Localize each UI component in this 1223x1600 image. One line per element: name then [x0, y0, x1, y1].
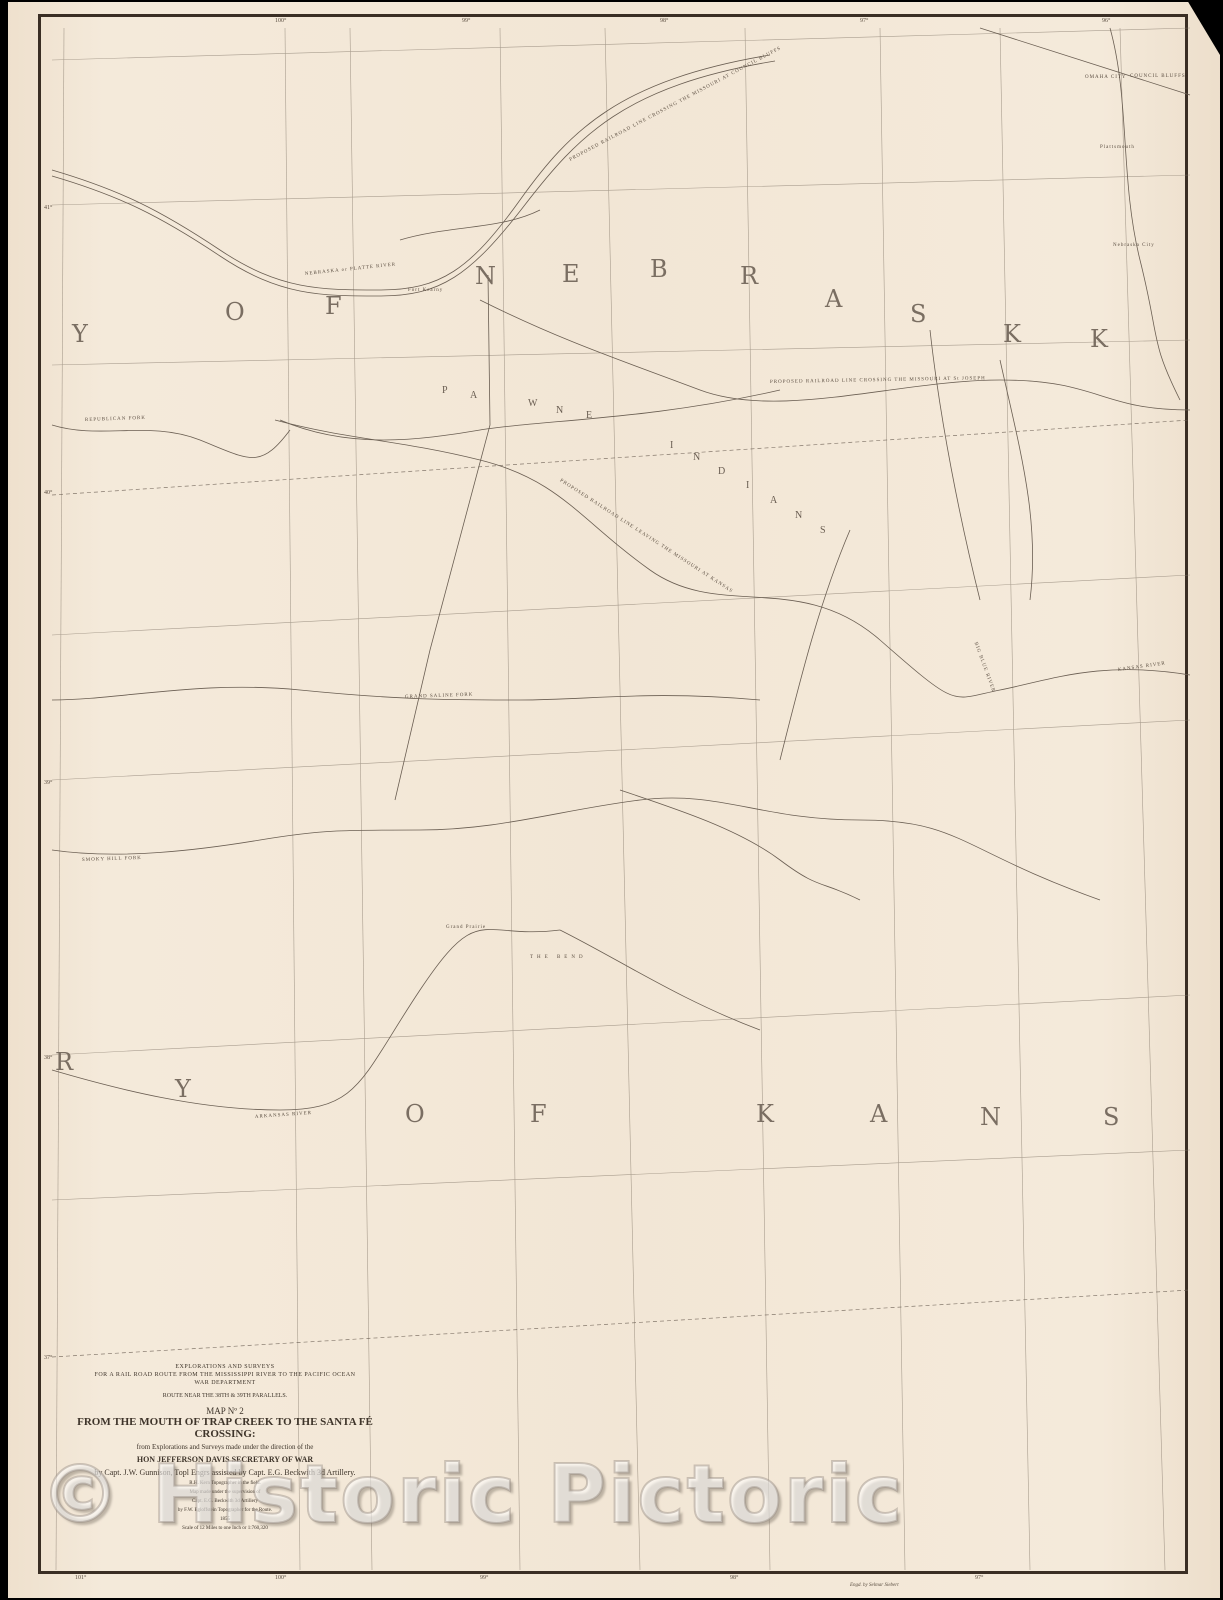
place-grand-prairie: Grand Prairie	[446, 925, 486, 930]
indians-letter: I	[746, 480, 749, 491]
region-letter: R	[740, 262, 758, 290]
region-letter: R	[55, 1048, 73, 1076]
title-line-1: EXPLORATIONS AND SURVEYS	[55, 1363, 395, 1371]
pawnee-letter: N	[556, 405, 563, 416]
main-title: FROM THE MOUTH OF TRAP CREEK TO THE SANT…	[55, 1416, 395, 1440]
indians-letter: N	[693, 452, 700, 463]
latitude-tick: 40°	[44, 490, 52, 496]
route-subtitle: ROUTE NEAR THE 38TH & 39TH PARALLELS.	[55, 1393, 395, 1399]
longitude-tick: 97°	[860, 18, 868, 24]
place-fort-kearny: Fort Kearny	[408, 288, 443, 293]
place-council-bluffs: COUNCIL BLUFFS	[1130, 74, 1186, 79]
pawnee-letter: E	[586, 410, 592, 421]
region-letter: A	[825, 285, 842, 313]
region-letter: O	[405, 1100, 425, 1128]
region-letter: A	[870, 1100, 887, 1128]
region-letter: O	[225, 298, 245, 326]
indians-letter: D	[718, 466, 725, 477]
watermark: © Historic Pictoric	[40, 1448, 904, 1541]
pawnee-letter: A	[470, 390, 477, 401]
region-letter: K	[1090, 325, 1108, 353]
region-letter: S	[1103, 1103, 1119, 1131]
longitude-tick: 100°	[275, 1575, 286, 1581]
region-letter: F	[530, 1100, 547, 1128]
place-plattsmouth: Plattsmouth	[1100, 145, 1135, 150]
longitude-tick: 96°	[1102, 18, 1110, 24]
title-line-2: FOR A RAIL ROAD ROUTE FROM THE MISSISSIP…	[55, 1371, 395, 1379]
longitude-tick: 99°	[480, 1575, 488, 1581]
river-label-the-bend: THE BEND	[530, 955, 587, 960]
longitude-tick: 100°	[275, 18, 286, 24]
place-nebraska-city: Nebraska City	[1113, 243, 1155, 248]
engraver-credit: Engd. by Selmar Siebert	[850, 1583, 899, 1588]
region-letter: N	[475, 262, 496, 290]
indians-letter: A	[770, 495, 777, 506]
latitude-tick: 39°	[44, 780, 52, 786]
indians-letter: I	[670, 440, 673, 451]
pawnee-letter: W	[528, 398, 537, 409]
indians-letter: S	[820, 525, 826, 536]
latitude-tick: 38°	[44, 1055, 52, 1061]
region-letter: Y	[175, 1075, 191, 1103]
longitude-tick: 101°	[75, 1575, 86, 1581]
map-number: MAP Nº 2	[55, 1406, 395, 1416]
map-linework	[0, 0, 1223, 1600]
region-letter: F	[325, 292, 342, 320]
region-letter: E	[562, 260, 580, 288]
region-letter: K	[1003, 320, 1021, 348]
region-letter: K	[756, 1100, 774, 1128]
longitude-tick: 98°	[660, 18, 668, 24]
title-line-3: WAR DEPARTMENT	[55, 1379, 395, 1387]
pawnee-letter: P	[442, 385, 448, 396]
longitude-tick: 99°	[462, 18, 470, 24]
region-letter: N	[980, 1103, 1001, 1131]
region-letter: Y	[72, 320, 88, 348]
place-omaha: OMAHA CITY	[1085, 75, 1127, 80]
region-letter: B	[650, 255, 668, 283]
longitude-tick: 98°	[730, 1575, 738, 1581]
latitude-tick: 41°	[44, 205, 52, 211]
latitude-tick: 37°	[44, 1355, 52, 1361]
indians-letter: N	[795, 510, 802, 521]
region-letter: S	[910, 300, 926, 328]
longitude-tick: 97°	[975, 1575, 983, 1581]
